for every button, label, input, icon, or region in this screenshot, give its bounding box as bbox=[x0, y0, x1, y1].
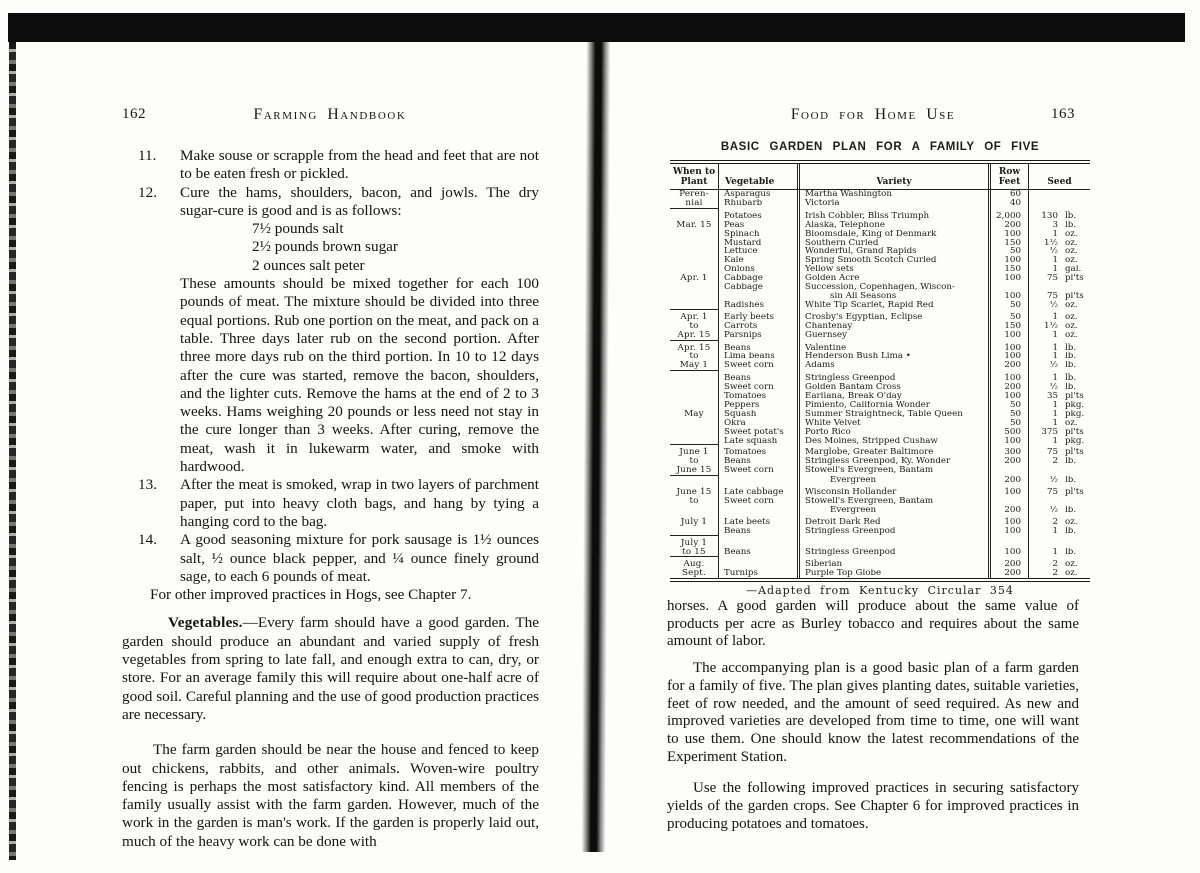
cell-unit bbox=[1059, 190, 1090, 199]
paragraph: The accompanying plan is a good basic pl… bbox=[667, 660, 1079, 766]
cell-qty: 1 bbox=[1028, 527, 1059, 536]
cell-when bbox=[670, 506, 718, 515]
cell-veg: Asparagus bbox=[718, 190, 797, 199]
cell-unit: pkg. bbox=[1059, 401, 1090, 410]
table-credit: —Adapted from Kentucky Circular 354 bbox=[670, 584, 1090, 597]
cell-when: Apr. 1 bbox=[670, 274, 718, 283]
cell-when: to bbox=[670, 352, 718, 361]
cell-qty: 2 bbox=[1028, 557, 1059, 569]
cell-var: Purple Top Globe bbox=[797, 569, 988, 578]
cell-var: Succession, Copenhagen, Wiscon- bbox=[797, 283, 988, 292]
cell-qty: 1 bbox=[1028, 341, 1059, 353]
cell-feet bbox=[988, 536, 1028, 548]
cell-when bbox=[670, 283, 718, 292]
cell-feet: 150 bbox=[988, 322, 1028, 331]
cell-unit: oz. bbox=[1059, 557, 1090, 569]
cell-feet: 50 bbox=[988, 401, 1028, 410]
cell-feet: 100 bbox=[988, 331, 1028, 341]
cell-qty: 1 bbox=[1028, 401, 1059, 410]
cell-veg: Lima beans bbox=[718, 352, 797, 361]
table-row: Apr. 1Early beetsCrosby's Egyptian, Ecli… bbox=[670, 310, 1090, 322]
cell-veg: Late beets bbox=[718, 515, 797, 527]
list-item-number: 14. bbox=[138, 531, 157, 549]
cell-unit: pl'ts bbox=[1059, 392, 1090, 401]
cell-qty: 1 bbox=[1028, 352, 1059, 361]
cell-feet: 200 bbox=[988, 221, 1028, 230]
cell-var: White Tip Scarlet, Rapid Red bbox=[797, 301, 988, 310]
cell-var: Summer Straightneck, Table Queen bbox=[797, 410, 988, 419]
cell-qty: 1 bbox=[1028, 265, 1059, 274]
cell-unit: oz. bbox=[1059, 256, 1090, 265]
cell-when: May bbox=[670, 410, 718, 419]
cell-unit: lb. bbox=[1059, 341, 1090, 353]
cell-var: White Velvet bbox=[797, 419, 988, 428]
paragraph: horses. A good garden will produce about… bbox=[667, 598, 1079, 651]
table-row: Peren-AsparagusMartha Washington60 bbox=[670, 190, 1090, 199]
cell-qty bbox=[1028, 190, 1059, 199]
cell-feet: 100 bbox=[988, 341, 1028, 353]
table-header-row: When to Plant Vegetable Variety Row Feet… bbox=[670, 164, 1090, 190]
table-row: Sweet potat'sPorto Rico500375pl'ts bbox=[670, 428, 1090, 437]
cell-feet: 40 bbox=[988, 199, 1028, 209]
list-item: 12. Cure the hams, shoulders, bacon, and… bbox=[122, 184, 539, 477]
cell-unit: pkg. bbox=[1059, 410, 1090, 419]
cell-qty: 75 bbox=[1028, 274, 1059, 283]
farm-garden-paragraph: The farm garden should be near the house… bbox=[122, 741, 539, 851]
cell-veg: Lettuce bbox=[718, 247, 797, 256]
right-page-number: 163 bbox=[1051, 106, 1075, 123]
cell-feet: 100 bbox=[988, 230, 1028, 239]
list-item-continuation: These amounts should be mixed together f… bbox=[180, 275, 539, 476]
cell-qty: 130 bbox=[1028, 209, 1059, 221]
cell-var: Golden Bantam Cross bbox=[797, 383, 988, 392]
cell-feet: 500 bbox=[988, 428, 1028, 437]
cell-feet: 200 bbox=[988, 457, 1028, 466]
cell-when: Aug. bbox=[670, 557, 718, 569]
cell-veg: Sweet potat's bbox=[718, 428, 797, 437]
cell-veg: Parsnips bbox=[718, 331, 797, 341]
cell-when bbox=[670, 437, 718, 446]
cell-qty: 1 bbox=[1028, 230, 1059, 239]
cell-qty: 1 bbox=[1028, 331, 1059, 341]
table-row: toLima beansHenderson Bush Lima •1001lb. bbox=[670, 352, 1090, 361]
cell-var: Wisconsin Hollander bbox=[797, 485, 988, 497]
cell-qty: ½ bbox=[1028, 247, 1059, 256]
cell-veg: Potatoes bbox=[718, 209, 797, 221]
cell-qty: 2 bbox=[1028, 569, 1059, 578]
cell-veg: Beans bbox=[718, 341, 797, 353]
table-row: June 15Late cabbageWisconsin Hollander10… bbox=[670, 485, 1090, 497]
cell-unit: pl'ts bbox=[1059, 445, 1090, 457]
cell-feet: 200 bbox=[988, 569, 1028, 578]
cell-qty: 35 bbox=[1028, 392, 1059, 401]
cell-qty: ½ bbox=[1028, 506, 1059, 515]
cell-when bbox=[670, 230, 718, 239]
cell-when: to 15 bbox=[670, 548, 718, 558]
table-row: July 1Late beetsDetroit Dark Red1002oz. bbox=[670, 515, 1090, 527]
cell-feet: 200 bbox=[988, 361, 1028, 371]
list-item-number: 13. bbox=[138, 476, 157, 494]
cell-when bbox=[670, 419, 718, 428]
cell-unit: lb. bbox=[1059, 506, 1090, 515]
cell-qty: 1 bbox=[1028, 410, 1059, 419]
cell-qty: ½ bbox=[1028, 301, 1059, 310]
cell-unit: gal. bbox=[1059, 265, 1090, 274]
cell-unit: lb. bbox=[1059, 527, 1090, 536]
cell-unit: oz. bbox=[1059, 247, 1090, 256]
cell-unit: lb. bbox=[1059, 221, 1090, 230]
cell-unit: oz. bbox=[1059, 322, 1090, 331]
cell-veg: Cabbage bbox=[718, 283, 797, 292]
cell-var: Wonderful, Grand Rapids bbox=[797, 247, 988, 256]
cell-feet: 150 bbox=[988, 239, 1028, 248]
garden-plan-table: When to Plant Vegetable Variety Row Feet… bbox=[670, 160, 1090, 582]
table-row: Mar. 15PeasAlaska, Telephone2003lb. bbox=[670, 221, 1090, 230]
cell-feet: 200 bbox=[988, 506, 1028, 515]
cell-unit: oz. bbox=[1059, 515, 1090, 527]
cell-veg: Beans bbox=[718, 457, 797, 466]
cell-var: Valentine bbox=[797, 341, 988, 353]
cell-veg bbox=[718, 536, 797, 548]
cell-var: Irish Cobbler, Bliss Triumph bbox=[797, 209, 988, 221]
cell-veg: Onions bbox=[718, 265, 797, 274]
table-row: nialRhubarbVictoria40 bbox=[670, 199, 1090, 209]
left-running-title: Farming Handbook bbox=[122, 106, 538, 124]
right-running-title: Food for Home Use bbox=[667, 106, 1079, 124]
cell-unit: oz. bbox=[1059, 419, 1090, 428]
cell-var: Crosby's Egyptian, Eclipse bbox=[797, 310, 988, 322]
recipe-line: 7½ pounds salt bbox=[252, 220, 539, 238]
cell-veg: Sweet corn bbox=[718, 497, 797, 506]
cell-when bbox=[670, 301, 718, 310]
cell-qty: 75 bbox=[1028, 445, 1059, 457]
right-page-body: horses. A good garden will produce about… bbox=[667, 598, 1079, 833]
cell-when: Peren- bbox=[670, 190, 718, 199]
cell-unit bbox=[1059, 536, 1090, 548]
cell-when bbox=[670, 239, 718, 248]
cell-var bbox=[797, 536, 988, 548]
list-item-number: 11. bbox=[138, 147, 156, 165]
cell-unit: oz. bbox=[1059, 239, 1090, 248]
header-seed: Seed bbox=[1028, 164, 1090, 189]
cell-when: to bbox=[670, 322, 718, 331]
list-item-text: Make souse or scrapple from the head and… bbox=[180, 147, 539, 182]
cell-feet: 150 bbox=[988, 265, 1028, 274]
cell-qty: ½ bbox=[1028, 361, 1059, 371]
cell-var: Porto Rico bbox=[797, 428, 988, 437]
cell-when: July 1 bbox=[670, 515, 718, 527]
table-row: toSweet cornStowell's Evergreen, Bantam bbox=[670, 497, 1090, 506]
cell-unit bbox=[1059, 199, 1090, 209]
cell-feet: 100 bbox=[988, 292, 1028, 301]
cell-feet: 50 bbox=[988, 419, 1028, 428]
cell-unit: pkg. bbox=[1059, 437, 1090, 446]
cell-when bbox=[670, 265, 718, 274]
cell-veg: Squash bbox=[718, 410, 797, 419]
cell-unit bbox=[1059, 497, 1090, 506]
cell-when: June 15 bbox=[670, 466, 718, 476]
right-running-head: Food for Home Use 163 bbox=[667, 106, 1079, 126]
cell-unit: oz. bbox=[1059, 310, 1090, 322]
cell-unit: pl'ts bbox=[1059, 274, 1090, 283]
cell-unit: lb. bbox=[1059, 476, 1090, 485]
cell-veg bbox=[718, 506, 797, 515]
cell-veg: Carrots bbox=[718, 322, 797, 331]
cell-when: nial bbox=[670, 199, 718, 209]
book-spread: 162 Farming Handbook 11. Make souse or s… bbox=[0, 0, 1200, 873]
cell-unit bbox=[1059, 466, 1090, 476]
cell-var: Martha Washington bbox=[797, 190, 988, 199]
table-row: Evergreen200½lb. bbox=[670, 476, 1090, 485]
cell-feet: 100 bbox=[988, 256, 1028, 265]
cell-var: Spring Smooth Scotch Curled bbox=[797, 256, 988, 265]
table-row: PotatoesIrish Cobbler, Bliss Triumph2,00… bbox=[670, 209, 1090, 221]
cell-feet: 200 bbox=[988, 476, 1028, 485]
cell-qty: 1½ bbox=[1028, 239, 1059, 248]
cell-qty: 375 bbox=[1028, 428, 1059, 437]
cell-veg: Beans bbox=[718, 371, 797, 383]
cell-unit: lb. bbox=[1059, 352, 1090, 361]
table-row: Aug.Siberian2002oz. bbox=[670, 557, 1090, 569]
cell-qty bbox=[1028, 497, 1059, 506]
cell-var: Des Moines, Stripped Cushaw bbox=[797, 437, 988, 446]
cell-feet bbox=[988, 283, 1028, 292]
cell-qty: 1 bbox=[1028, 548, 1059, 558]
table-row: TomatoesEarliana, Break O'day10035pl'ts bbox=[670, 392, 1090, 401]
cell-feet bbox=[988, 497, 1028, 506]
table-row: SpinachBloomsdale, King of Denmark1001oz… bbox=[670, 230, 1090, 239]
left-running-head: 162 Farming Handbook bbox=[122, 106, 538, 126]
cell-var: Stringless Greenpod bbox=[797, 548, 988, 558]
cell-veg: Peas bbox=[718, 221, 797, 230]
cell-feet: 2,000 bbox=[988, 209, 1028, 221]
scan-gutter bbox=[582, 40, 611, 852]
cell-var: Stowell's Evergreen, Bantam bbox=[797, 466, 988, 476]
cell-feet: 300 bbox=[988, 445, 1028, 457]
list-item-text: A good seasoning mixture for pork sausag… bbox=[180, 531, 539, 585]
cell-veg: Radishes bbox=[718, 301, 797, 310]
list-item: 14. A good seasoning mixture for pork sa… bbox=[122, 531, 539, 586]
cell-qty: 1 bbox=[1028, 256, 1059, 265]
header-when-to-plant: When to Plant bbox=[670, 164, 718, 189]
cell-veg: Late cabbage bbox=[718, 485, 797, 497]
cell-feet: 100 bbox=[988, 352, 1028, 361]
cell-feet: 50 bbox=[988, 301, 1028, 310]
table-row: KaleSpring Smooth Scotch Curled1001oz. bbox=[670, 256, 1090, 265]
cell-veg bbox=[718, 292, 797, 301]
table-row: Sept.TurnipsPurple Top Globe2002oz. bbox=[670, 569, 1090, 578]
cell-var: Victoria bbox=[797, 199, 988, 209]
table-row: Evergreen200½lb. bbox=[670, 506, 1090, 515]
cell-unit: lb. bbox=[1059, 361, 1090, 371]
list-item-number: 12. bbox=[138, 184, 157, 202]
cell-qty: ½ bbox=[1028, 383, 1059, 392]
cell-veg bbox=[718, 476, 797, 485]
cell-veg bbox=[718, 557, 797, 569]
recipe-line: 2 ounces salt peter bbox=[252, 257, 539, 275]
cell-qty bbox=[1028, 199, 1059, 209]
table-row: PeppersPimiento, California Wonder501pkg… bbox=[670, 401, 1090, 410]
cell-var: Bloomsdale, King of Denmark bbox=[797, 230, 988, 239]
table-row: LettuceWonderful, Grand Rapids50½oz. bbox=[670, 247, 1090, 256]
cell-var: Stowell's Evergreen, Bantam bbox=[797, 497, 988, 506]
scan-left-edge bbox=[9, 42, 16, 860]
cell-feet: 60 bbox=[988, 190, 1028, 199]
cell-qty bbox=[1028, 536, 1059, 548]
cell-qty: 75 bbox=[1028, 485, 1059, 497]
cell-var: Stringless Greenpod, Ky. Wonder bbox=[797, 457, 988, 466]
cell-when: Apr. 1 bbox=[670, 310, 718, 322]
cell-when bbox=[670, 371, 718, 383]
garden-table-body: Peren-AsparagusMartha Washington60nialRh… bbox=[670, 190, 1090, 578]
cell-unit: pl'ts bbox=[1059, 485, 1090, 497]
cell-var: Evergreen bbox=[797, 476, 988, 485]
cell-feet: 50 bbox=[988, 247, 1028, 256]
cell-when bbox=[670, 476, 718, 485]
cell-feet: 100 bbox=[988, 527, 1028, 536]
cell-var: Southern Curled bbox=[797, 239, 988, 248]
cell-var: Alaska, Telephone bbox=[797, 221, 988, 230]
cell-var: Stringless Greenpod bbox=[797, 371, 988, 383]
cell-when bbox=[670, 247, 718, 256]
cell-unit: pl'ts bbox=[1059, 428, 1090, 437]
cell-when: to bbox=[670, 457, 718, 466]
cell-var: Chantenay bbox=[797, 322, 988, 331]
table-row: toBeansStringless Greenpod, Ky. Wonder20… bbox=[670, 457, 1090, 466]
cell-var: Detroit Dark Red bbox=[797, 515, 988, 527]
cell-when bbox=[670, 401, 718, 410]
table-row: Apr. 15ParsnipsGuernsey1001oz. bbox=[670, 331, 1090, 341]
cell-veg: Mustard bbox=[718, 239, 797, 248]
table-row: MaySquashSummer Straightneck, Table Quee… bbox=[670, 410, 1090, 419]
cell-feet: 200 bbox=[988, 383, 1028, 392]
cell-var: Evergreen bbox=[797, 506, 988, 515]
cell-qty: 2 bbox=[1028, 457, 1059, 466]
table-row: Apr. 15BeansValentine1001lb. bbox=[670, 341, 1090, 353]
cell-var: sin All Seasons bbox=[797, 292, 988, 301]
cell-qty: 3 bbox=[1028, 221, 1059, 230]
cell-veg: Late squash bbox=[718, 437, 797, 446]
cell-qty: 1 bbox=[1028, 419, 1059, 428]
cell-when: to bbox=[670, 497, 718, 506]
cell-unit: lb. bbox=[1059, 371, 1090, 383]
cell-unit: oz. bbox=[1059, 301, 1090, 310]
left-page-body: 11. Make souse or scrapple from the head… bbox=[122, 147, 539, 851]
cell-veg: Cabbage bbox=[718, 274, 797, 283]
paragraph: Use the following improved practices in … bbox=[667, 780, 1079, 833]
cell-feet: 200 bbox=[988, 557, 1028, 569]
cell-qty: 1 bbox=[1028, 437, 1059, 446]
cell-feet: 50 bbox=[988, 410, 1028, 419]
cell-when: June 15 bbox=[670, 485, 718, 497]
cell-when bbox=[670, 383, 718, 392]
cell-when bbox=[670, 428, 718, 437]
recipe-line: 2½ pounds brown sugar bbox=[252, 238, 539, 256]
header-vegetable: Vegetable bbox=[718, 164, 797, 189]
cell-qty: ½ bbox=[1028, 476, 1059, 485]
cell-var: Earliana, Break O'day bbox=[797, 392, 988, 401]
cell-var: Adams bbox=[797, 361, 988, 371]
cell-unit: oz. bbox=[1059, 230, 1090, 239]
table-title: BASIC GARDEN PLAN FOR A FAMILY OF FIVE bbox=[670, 141, 1090, 153]
cell-veg: Okra bbox=[718, 419, 797, 428]
cell-unit: lb. bbox=[1059, 457, 1090, 466]
table-row: to 15BeansStringless Greenpod1001lb. bbox=[670, 548, 1090, 558]
cell-var: Golden Acre bbox=[797, 274, 988, 283]
table-row: Late squashDes Moines, Stripped Cushaw10… bbox=[670, 437, 1090, 446]
table-row: sin All Seasons10075pl'ts bbox=[670, 292, 1090, 301]
cell-feet: 100 bbox=[988, 392, 1028, 401]
cell-veg: Beans bbox=[718, 548, 797, 558]
cell-qty: 1 bbox=[1028, 371, 1059, 383]
cell-veg: Rhubarb bbox=[718, 199, 797, 209]
header-row-feet: Row Feet bbox=[988, 164, 1028, 189]
table-row: May 1Sweet cornAdams200½lb. bbox=[670, 361, 1090, 371]
cell-qty: 75 bbox=[1028, 292, 1059, 301]
cell-qty bbox=[1028, 283, 1059, 292]
cell-veg: Sweet corn bbox=[718, 466, 797, 476]
vegetables-paragraph: Vegetables.—Every farm should have a goo… bbox=[122, 614, 539, 724]
cell-veg: Peppers bbox=[718, 401, 797, 410]
table-row: RadishesWhite Tip Scarlet, Rapid Red50½o… bbox=[670, 301, 1090, 310]
list-item: 13. After the meat is smoked, wrap in tw… bbox=[122, 476, 539, 531]
table-row: BeansStringless Greenpod1001lb. bbox=[670, 371, 1090, 383]
cell-when bbox=[670, 527, 718, 536]
cell-veg: Tomatoes bbox=[718, 392, 797, 401]
cell-var: Stringless Greenpod bbox=[797, 527, 988, 536]
cell-veg: Tomatoes bbox=[718, 445, 797, 457]
hogs-note: For other improved practices in Hogs, se… bbox=[150, 586, 539, 604]
table-row: toCarrotsChantenay1501½oz. bbox=[670, 322, 1090, 331]
cell-when: Apr. 15 bbox=[670, 331, 718, 341]
cell-veg: Sweet corn bbox=[718, 361, 797, 371]
cell-veg: Kale bbox=[718, 256, 797, 265]
cell-when: Apr. 15 bbox=[670, 341, 718, 353]
table-row: OnionsYellow sets1501gal. bbox=[670, 265, 1090, 274]
cell-var: Guernsey bbox=[797, 331, 988, 341]
cell-unit: lb. bbox=[1059, 383, 1090, 392]
cell-qty: 1½ bbox=[1028, 322, 1059, 331]
cell-unit bbox=[1059, 283, 1090, 292]
cell-feet: 100 bbox=[988, 515, 1028, 527]
cell-when bbox=[670, 292, 718, 301]
scan-top-band bbox=[8, 13, 1185, 42]
cell-veg: Early beets bbox=[718, 310, 797, 322]
table-row: July 1 bbox=[670, 536, 1090, 548]
cell-unit: lb. bbox=[1059, 209, 1090, 221]
cell-var: Marglobe, Greater Baltimore bbox=[797, 445, 988, 457]
cell-when: Mar. 15 bbox=[670, 221, 718, 230]
cell-veg: Spinach bbox=[718, 230, 797, 239]
table-row: BeansStringless Greenpod1001lb. bbox=[670, 527, 1090, 536]
cell-unit: lb. bbox=[1059, 548, 1090, 558]
list-item: 11. Make souse or scrapple from the head… bbox=[122, 147, 539, 184]
cell-when bbox=[670, 209, 718, 221]
cell-when: July 1 bbox=[670, 536, 718, 548]
cell-feet: 100 bbox=[988, 485, 1028, 497]
table-row: June 15Sweet cornStowell's Evergreen, Ba… bbox=[670, 466, 1090, 476]
cell-qty: 1 bbox=[1028, 310, 1059, 322]
table-row: Sweet cornGolden Bantam Cross200½lb. bbox=[670, 383, 1090, 392]
header-variety: Variety bbox=[797, 164, 988, 189]
cell-var: Henderson Bush Lima • bbox=[797, 352, 988, 361]
cell-qty bbox=[1028, 466, 1059, 476]
list-item-text: After the meat is smoked, wrap in two la… bbox=[180, 476, 539, 530]
cell-when: May 1 bbox=[670, 361, 718, 371]
table-row: June 1TomatoesMarglobe, Greater Baltimor… bbox=[670, 445, 1090, 457]
cell-when bbox=[670, 256, 718, 265]
cell-feet: 50 bbox=[988, 310, 1028, 322]
